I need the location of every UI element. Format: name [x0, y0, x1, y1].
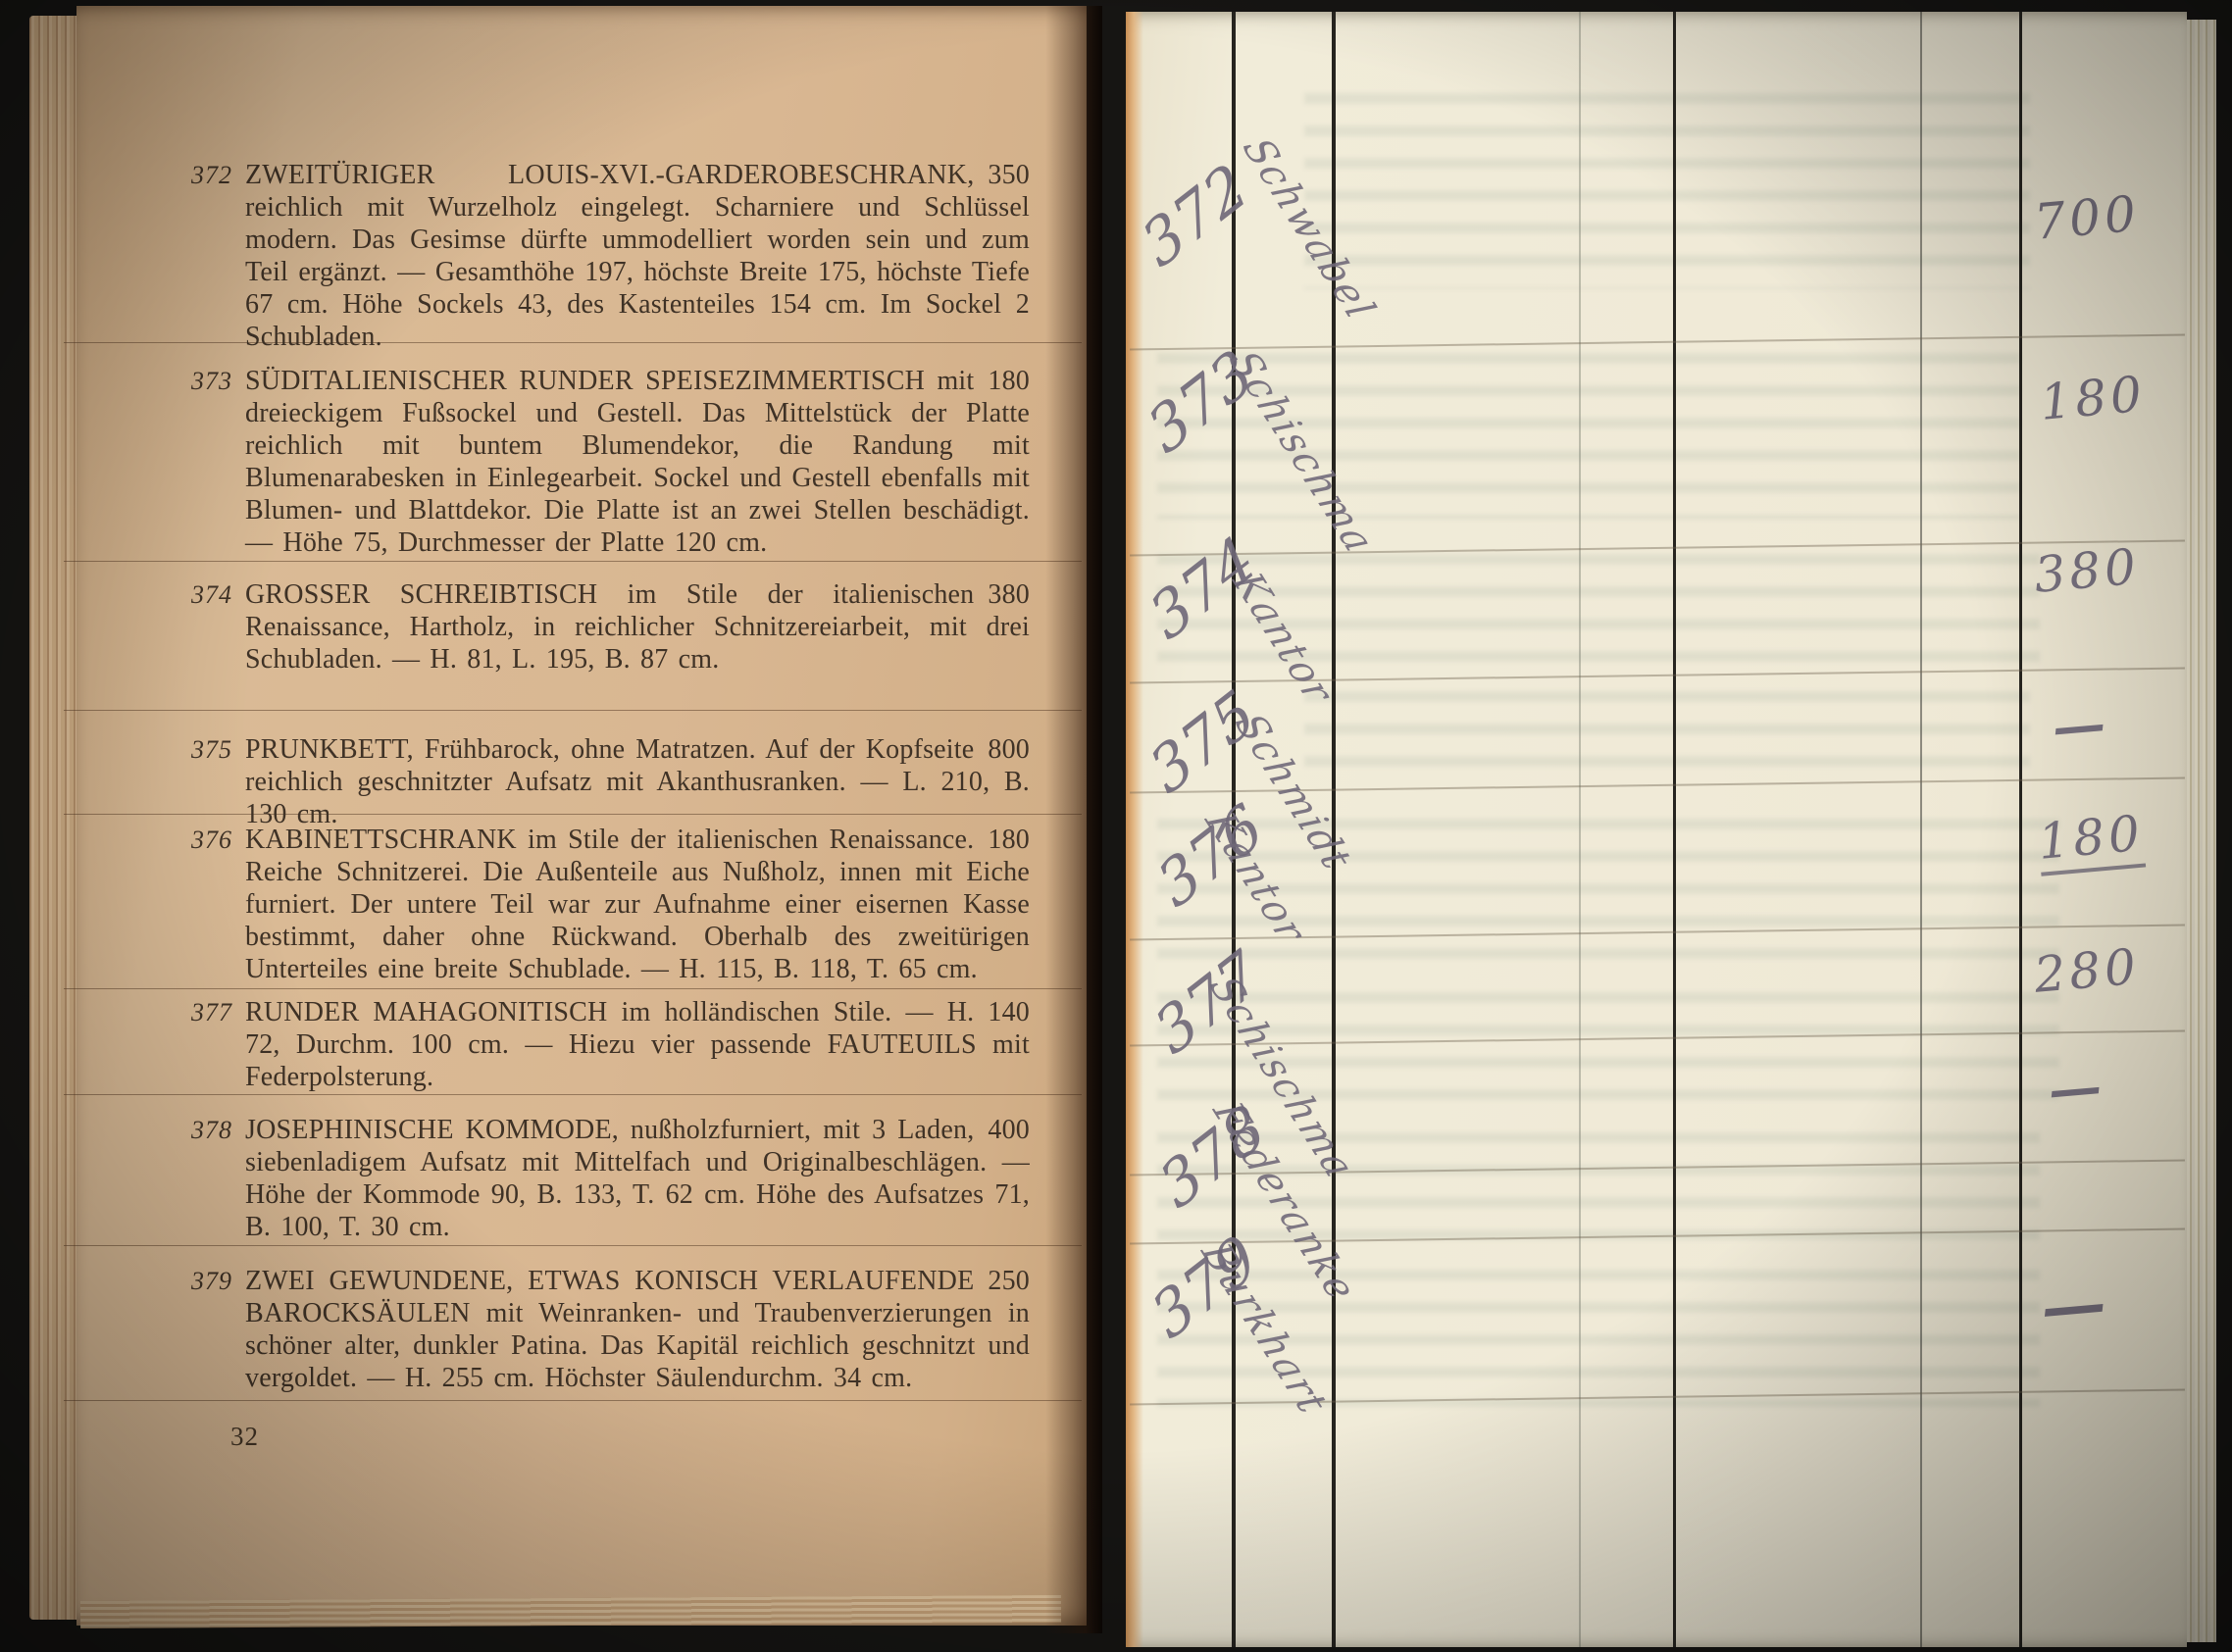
item-divider — [64, 1400, 1082, 1401]
item-price: 180 — [974, 365, 1030, 397]
ledger-entry-price: 280 — [2032, 938, 2142, 1004]
ledger-entry-price: 380 — [2032, 538, 2142, 604]
lot-number: 378 — [178, 1114, 232, 1146]
item-divider — [64, 988, 1082, 989]
item-price: 380 — [974, 578, 1030, 611]
item-divider — [64, 1245, 1082, 1246]
item-description: KABINETTSCHRANK im Stile der italienisch… — [245, 825, 1030, 984]
ledger-entry-price: 180 — [2036, 805, 2147, 876]
item-price: 180 — [974, 824, 1030, 856]
item-divider — [64, 710, 1082, 711]
item-divider — [64, 561, 1082, 562]
ledger-entry-price: — — [2038, 1264, 2113, 1346]
ledger-entry-price: 700 — [2032, 185, 2142, 251]
item-description: ZWEITÜRIGER LOUIS-XVI.-GARDEROBESCHRANK,… — [245, 160, 1030, 352]
lot-number: 376 — [178, 824, 232, 856]
lot-number: 375 — [178, 733, 232, 766]
item-description: SÜDITALIENISCHER RUNDER SPEISEZIMMERTISC… — [245, 366, 1030, 558]
item-description: ZWEI GEWUNDENE, ETWAS KONISCH VERLAUFEND… — [245, 1266, 1030, 1393]
right-page-inner-edge — [1126, 12, 1143, 1647]
column-rule — [1920, 12, 1922, 1647]
catalog-item: 379 250 ZWEI GEWUNDENE, ETWAS KONISCH VE… — [245, 1265, 1030, 1394]
catalog-item: 377 140 RUNDER MAHAGONITISCH im holländi… — [245, 996, 1030, 1093]
column-rule — [1673, 12, 1676, 1647]
item-price: 140 — [974, 996, 1030, 1028]
item-price: 800 — [974, 733, 1030, 766]
catalog-item: 376 180 KABINETTSCHRANK im Stile der ita… — [245, 824, 1030, 985]
item-description: GROSSER SCHREIBTISCH im Stile der italie… — [245, 579, 1030, 675]
ledger-entry-price: 180 — [2038, 366, 2148, 431]
lot-number: 377 — [178, 996, 232, 1028]
column-rule-faint — [1579, 12, 1581, 1647]
catalog-item: 372 350 ZWEITÜRIGER LOUIS-XVI.-GARDEROBE… — [245, 159, 1030, 353]
page-number: 32 — [230, 1422, 259, 1452]
ledger-entry-price: — — [2050, 691, 2111, 759]
item-price: 250 — [974, 1265, 1030, 1297]
lot-number: 374 — [178, 578, 232, 611]
lot-number: 379 — [178, 1265, 232, 1297]
lot-number: 373 — [178, 365, 232, 397]
catalog-item: 378 400 JOSEPHINISCHE KOMMODE, nußholzfu… — [245, 1114, 1030, 1243]
catalog-item: 374 380 GROSSER SCHREIBTISCH im Stile de… — [245, 578, 1030, 676]
catalog-item: 373 180 SÜDITALIENISCHER RUNDER SPEISEZI… — [245, 365, 1030, 559]
ledger-entry-price: — — [2046, 1054, 2107, 1122]
item-description: PRUNKBETT, Frühbarock, ohne Matratzen. A… — [245, 734, 1030, 829]
gutter-shadow — [1045, 6, 1102, 1633]
column-rule — [2019, 12, 2022, 1647]
item-divider — [64, 1094, 1082, 1095]
item-price: 400 — [974, 1114, 1030, 1146]
item-description: JOSEPHINISCHE KOMMODE, nußholzfurniert, … — [245, 1115, 1030, 1242]
catalog-item: 375 800 PRUNKBETT, Frühbarock, ohne Matr… — [245, 733, 1030, 830]
item-price: 350 — [974, 159, 1030, 191]
item-description: RUNDER MAHAGONITISCH im holländischen St… — [245, 997, 1030, 1092]
right-page-stack-edge — [2187, 20, 2216, 1642]
lot-number: 372 — [178, 159, 232, 191]
